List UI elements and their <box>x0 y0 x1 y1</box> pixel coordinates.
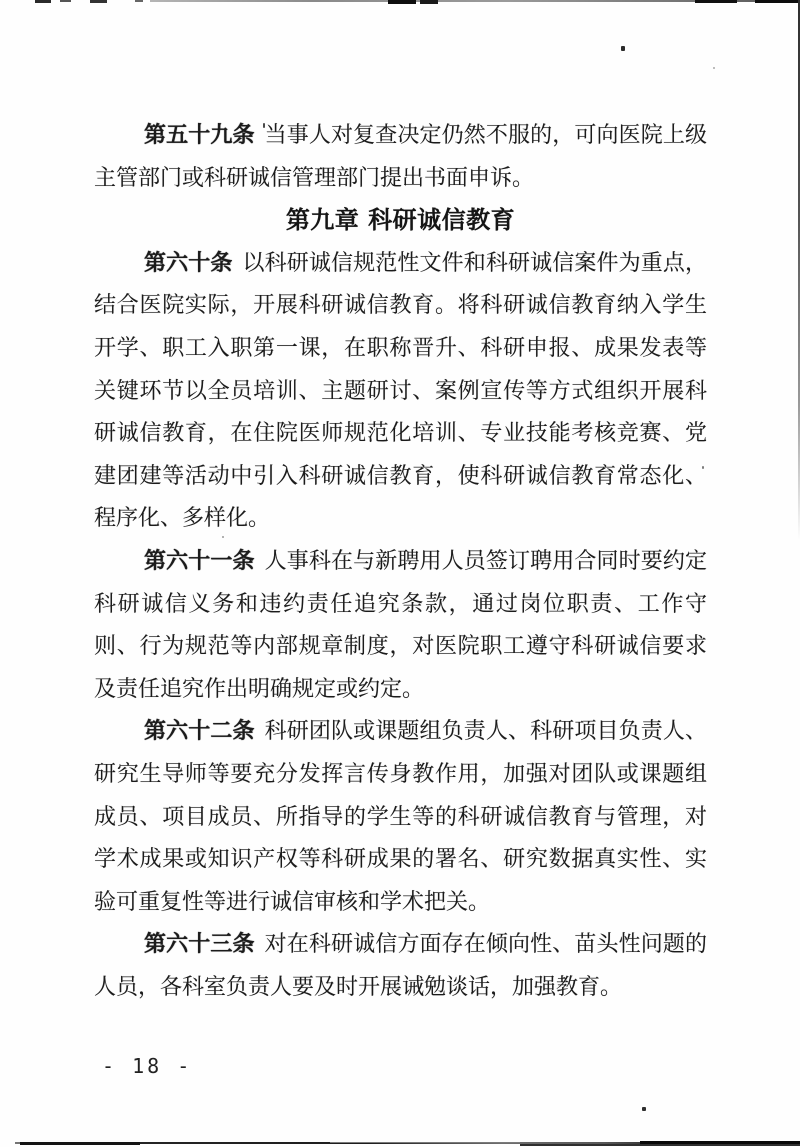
top-edge-mark <box>420 0 438 4</box>
scan-artifact-top-edge <box>0 0 800 5</box>
article-paragraph-61: 第六十一条人事科在与新聘用人员签订聘用合同时要约定科研诚信义务和违约责任追究条款… <box>94 540 707 710</box>
article-59-number: 第五十九条 <box>144 122 255 147</box>
scan-artifact-bottom-edge <box>0 1140 800 1147</box>
top-edge-mark <box>35 0 51 3</box>
top-edge-mark <box>388 0 416 4</box>
scan-speck <box>713 67 715 69</box>
top-edge-mark <box>90 0 107 3</box>
scan-speck <box>642 1107 646 1111</box>
top-edge-mark <box>60 0 71 2</box>
article-60-number: 第六十条 <box>144 250 233 275</box>
article-61-number: 第六十一条 <box>144 548 255 573</box>
article-63-number: 第六十三条 <box>144 931 255 956</box>
top-edge-mark <box>135 0 143 2</box>
article-60-text: 以科研诚信规范性文件和科研诚信案件为重点，结合医院实际，开展科研诚信教育。将科研… <box>94 250 707 531</box>
article-62-text: 科研团队或课题组负责人、科研项目负责人、研究生导师等要充分发挥言传身教作用，加强… <box>94 718 707 913</box>
bottom-edge-mark <box>20 1142 140 1145</box>
article-paragraph-62: 第六十二条科研团队或课题组负责人、科研项目负责人、研究生导师等要充分发挥言传身教… <box>94 710 707 923</box>
bottom-edge-mark <box>330 1142 520 1143</box>
scan-speck <box>621 46 625 51</box>
article-paragraph-63: 第六十三条对在科研诚信方面存在倾向性、苗头性问题的人员，各科室负责人要及时开展诫… <box>94 923 707 1008</box>
document-body: 第五十九条当事人对复查决定仍然不服的，可向医院上级主管部门或科研诚信管理部门提出… <box>94 114 707 1008</box>
bottom-edge-mark <box>520 1144 800 1146</box>
article-paragraph-60: 第六十条以科研诚信规范性文件和科研诚信案件为重点，结合医院实际，开展科研诚信教育… <box>94 242 707 540</box>
top-edge-mark <box>695 0 737 3</box>
page-number-label: - 18 - <box>102 1055 192 1077</box>
scanned-page: 第五十九条当事人对复查决定仍然不服的，可向医院上级主管部门或科研诚信管理部门提出… <box>0 0 800 1147</box>
article-paragraph-59: 第五十九条当事人对复查决定仍然不服的，可向医院上级主管部门或科研诚信管理部门提出… <box>94 114 707 199</box>
article-62-number: 第六十二条 <box>144 718 255 743</box>
top-edge-mark <box>755 0 800 3</box>
chapter-heading: 第九章 科研诚信教育 <box>94 199 707 242</box>
